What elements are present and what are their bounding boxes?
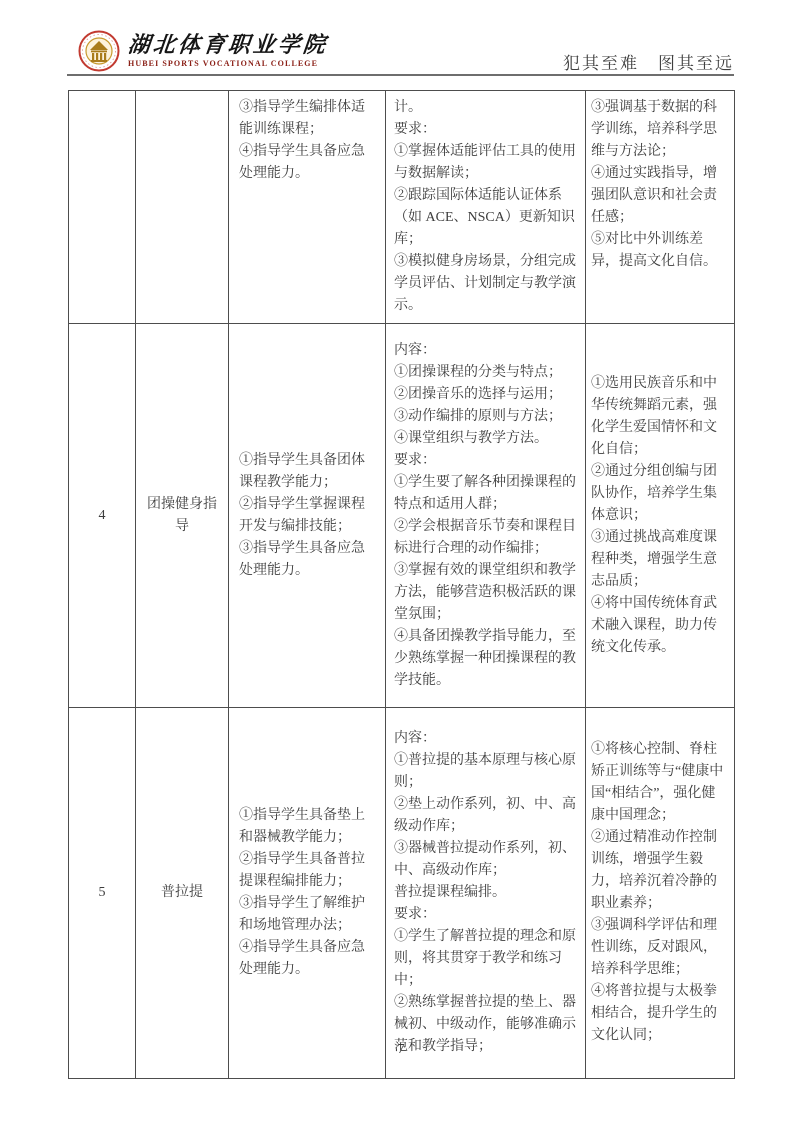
cell-course-name [136, 91, 229, 324]
cell-course-name: 普拉提 [136, 708, 229, 1079]
cell-objectives: ①指导学生具备垫上和器械教学能力； ②指导学生具备普拉提课程编排能力； ③指导学… [229, 708, 386, 1079]
college-motto: 犯其至难 图其至远 [563, 49, 734, 74]
document-page: { "header": { "college_name_zh": "湖北体育职业… [0, 0, 800, 1131]
college-name-block: 湖北体育职业学院 HUBEI SPORTS VOCATIONAL COLLEGE [128, 33, 328, 69]
cell-course-name: 团操健身指导 [136, 324, 229, 708]
cell-ideology: ①将核心控制、脊柱矫正训练等与“健康中国“相结合”，强化健康中国理念； ②通过精… [586, 708, 735, 1079]
cell-objectives: ③指导学生编排体适能训练课程； ④指导学生具备应急处理能力。 [229, 91, 386, 324]
cell-number [69, 91, 136, 324]
college-name-zh: 湖北体育职业学院 [127, 33, 330, 57]
cell-content-requirements: 内容： ①普拉提的基本原理与核心原则； ②垫上动作系列，初、中、高级动作库； ③… [386, 708, 586, 1079]
page-header: 湖北体育职业学院 HUBEI SPORTS VOCATIONAL COLLEGE… [0, 0, 800, 78]
cell-number: 5 [69, 708, 136, 1079]
page-number: 7 [398, 1042, 405, 1057]
cell-ideology: ③强调基于数据的科学训练，培养科学思维与方法论； ④通过实践指导，增强团队意识和… [586, 91, 735, 324]
header-divider [67, 74, 734, 76]
college-brand: 湖北体育职业学院 HUBEI SPORTS VOCATIONAL COLLEGE [78, 30, 328, 72]
table-row-continuation: ③指导学生编排体适能训练课程； ④指导学生具备应急处理能力。 计。 要求： ①掌… [69, 91, 735, 324]
cell-objectives: ①指导学生具备团体课程教学能力； ②指导学生掌握课程开发与编排技能； ③指导学生… [229, 324, 386, 708]
cell-ideology: ①选用民族音乐和中华传统舞蹈元素，强化学生爱国情怀和文化自信； ②通过分组创编与… [586, 324, 735, 708]
table-row: 5 普拉提 ①指导学生具备垫上和器械教学能力； ②指导学生具备普拉提课程编排能力… [69, 708, 735, 1079]
cell-content-requirements: 计。 要求： ①掌握体适能评估工具的使用与数据解读； ②跟踪国际体适能认证体系（… [386, 91, 586, 324]
course-table: ③指导学生编排体适能训练课程； ④指导学生具备应急处理能力。 计。 要求： ①掌… [68, 90, 735, 1079]
page-footer: 7 [68, 1042, 734, 1058]
cell-number: 4 [69, 324, 136, 708]
college-name-en: HUBEI SPORTS VOCATIONAL COLLEGE [128, 59, 328, 69]
table-row: 4 团操健身指导 ①指导学生具备团体课程教学能力； ②指导学生掌握课程开发与编排… [69, 324, 735, 708]
college-seal-icon [78, 30, 120, 72]
cell-content-requirements: 内容： ①团操课程的分类与特点； ②团操音乐的选择与运用； ③动作编排的原则与方… [386, 324, 586, 708]
